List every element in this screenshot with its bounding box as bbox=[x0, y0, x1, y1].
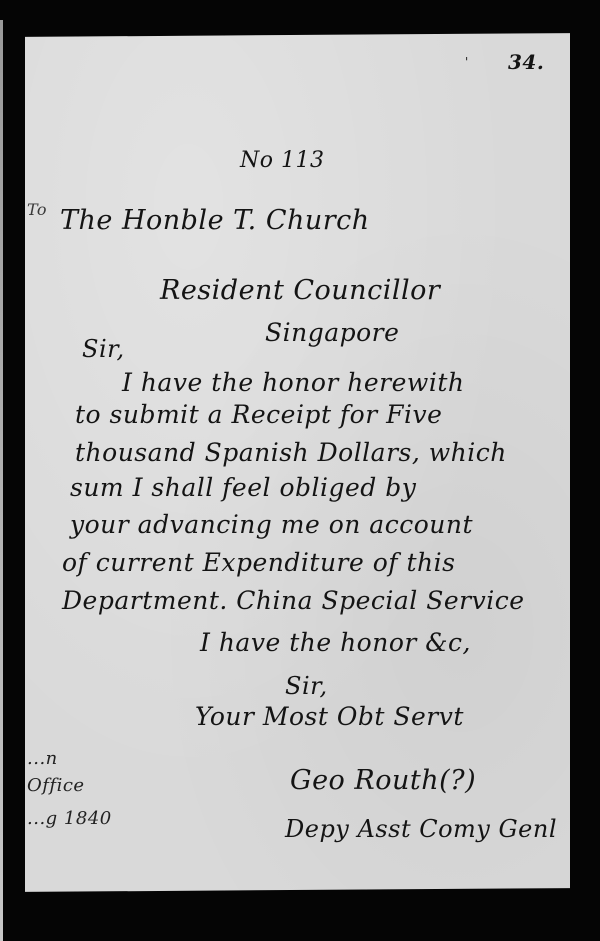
closing-sir: Sir, bbox=[285, 672, 328, 700]
salutation: Sir, bbox=[82, 335, 125, 363]
addressee-place: Singapore bbox=[265, 318, 399, 347]
addressee-name: The Honble T. Church bbox=[60, 205, 370, 236]
body-line-5: your advancing me on account bbox=[70, 510, 473, 539]
body-line-3: thousand Spanish Dollars, which bbox=[75, 438, 507, 467]
folio-number: 34. bbox=[508, 50, 544, 74]
document-number: No 113 bbox=[240, 148, 324, 173]
corner-mark: ' bbox=[465, 55, 469, 69]
body-line-4: sum I shall feel obliged by bbox=[70, 473, 416, 502]
body-line-7: Department. China Special Service bbox=[62, 586, 525, 615]
closing-servant: Your Most Obt Servt bbox=[195, 702, 464, 731]
margin-note-line-1: ...n bbox=[27, 748, 58, 769]
signature: Geo Routh(?) bbox=[290, 765, 476, 796]
closing-formula: I have the honor &c, bbox=[200, 628, 471, 657]
body-line-6: of current Expenditure of this bbox=[62, 548, 455, 577]
margin-to-label: To bbox=[27, 200, 47, 219]
scan-edge-strip bbox=[0, 20, 3, 941]
margin-note-line-2: Office bbox=[27, 775, 85, 796]
body-line-1: I have the honor herewith bbox=[122, 368, 464, 397]
body-line-2: to submit a Receipt for Five bbox=[75, 400, 442, 429]
signature-title: Depy Asst Comy Genl bbox=[285, 815, 557, 843]
margin-note-date: ...g 1840 bbox=[27, 808, 112, 829]
addressee-title: Resident Councillor bbox=[160, 275, 440, 306]
